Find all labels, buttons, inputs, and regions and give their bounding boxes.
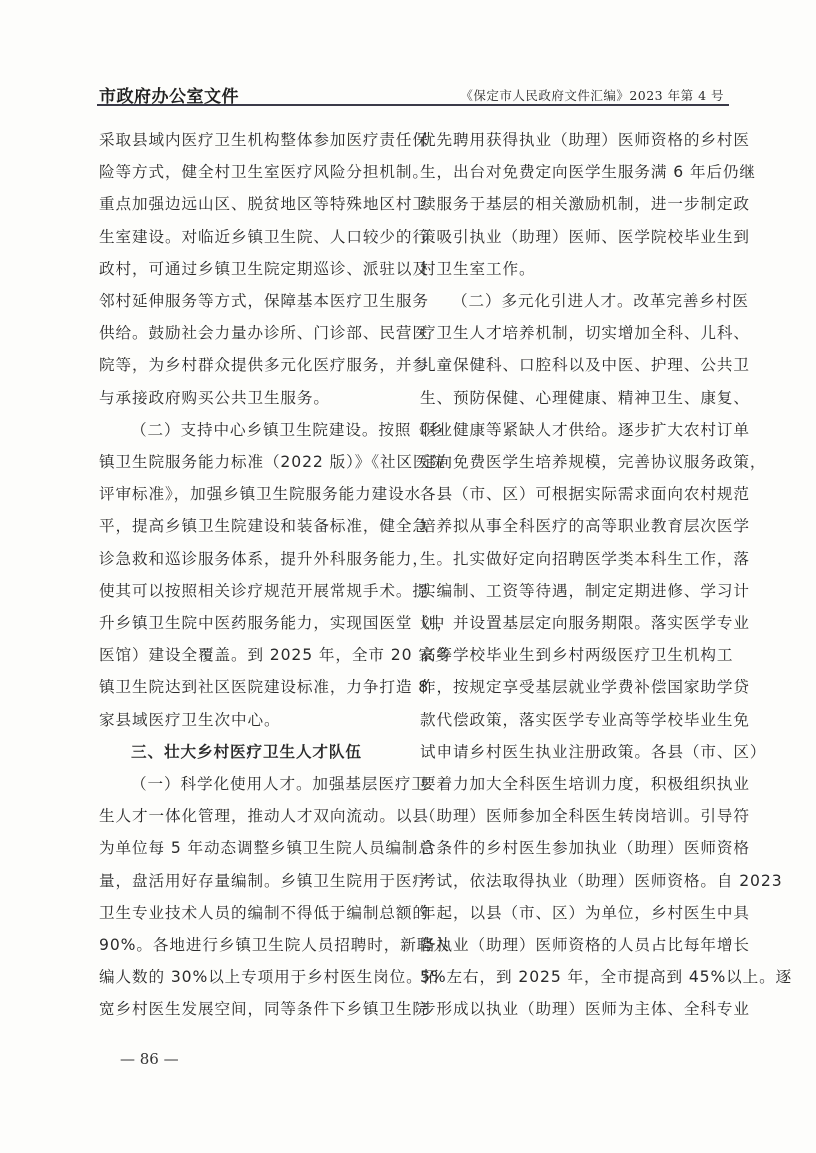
text-line: 量，盘活用好存量编制。乡镇卫生院用于医疗 — [99, 865, 393, 897]
publication-issue: 《保定市人民政府文件汇编》2023 年第 4 号 — [460, 86, 724, 104]
text-line: 划，并设置基层定向服务期限。落实医学专业 — [420, 607, 727, 639]
text-line: 升乡镇卫生院中医药服务能力，实现国医堂（中 — [99, 607, 393, 639]
text-line: （二）支持中心乡镇卫生院建设。按照《乡 — [99, 414, 393, 446]
text-line: 重点加强边远山区、脱贫地区等特殊地区村卫 — [99, 188, 393, 220]
text-line: 作，按规定享受基层就业学费补偿国家助学贷 — [420, 671, 727, 703]
text-line: （助理）医师参加全科医生转岗培训。引导符 — [420, 800, 727, 832]
text-line: 5%左右，到 2025 年，全市提高到 45%以上。逐 — [420, 961, 727, 993]
text-line: 险等方式，健全村卫生室医疗风险分担机制。 — [99, 156, 393, 188]
section-heading: 三、壮大乡村医疗卫生人才队伍 — [99, 736, 393, 768]
text-line: 培养拟从事全科医疗的高等职业教育层次医学 — [420, 510, 727, 542]
text-line: 职业健康等紧缺人才供给。逐步扩大农村订单 — [420, 414, 727, 446]
text-line: 为单位每 5 年动态调整乡镇卫生院人员编制总 — [99, 832, 393, 864]
text-line: 村卫生室工作。 — [420, 253, 727, 285]
text-line: 定向免费医学生培养规模，完善协议服务政策， — [420, 446, 727, 478]
text-line: 生室建设。对临近乡镇卫生院、人口较少的行 — [99, 221, 393, 253]
text-line: 生人才一体化管理，推动人才双向流动。以县 — [99, 800, 393, 832]
text-line: 实编制、工资等待遇，制定定期进修、学习计 — [420, 575, 727, 607]
text-line: 续服务于基层的相关激励机制，进一步制定政 — [420, 188, 727, 220]
text-line: 疗卫生人才培养机制，切实增加全科、儿科、 — [420, 317, 727, 349]
text-line: 款代偿政策，落实医学专业高等学校毕业生免 — [420, 704, 727, 736]
text-line: 90%。各地进行乡镇卫生院人员招聘时，新聘入 — [99, 929, 393, 961]
text-line: 采取县域内医疗卫生机构整体参加医疗责任保 — [99, 124, 393, 156]
text-line: （二）多元化引进人才。改革完善乡村医 — [420, 285, 727, 317]
text-line: 要着力加大全科医生培训力度，积极组织执业 — [420, 768, 727, 800]
text-line: （一）科学化使用人才。加强基层医疗卫 — [99, 768, 393, 800]
right-text-column: 优先聘用获得执业（助理）医师资格的乡村医生，出台对免费定向医学生服务满 6 年后… — [420, 124, 727, 1026]
text-line: 合条件的乡村医生参加执业（助理）医师资格 — [420, 832, 727, 864]
text-line: 各县（市、区）可根据实际需求面向农村规范 — [420, 478, 727, 510]
text-line: 高等学校毕业生到乡村两级医疗卫生机构工 — [420, 639, 727, 671]
text-line: 平，提高乡镇卫生院建设和装备标准，健全急 — [99, 510, 393, 542]
text-line: 医馆）建设全覆盖。到 2025 年，全市 20 家乡 — [99, 639, 393, 671]
text-line: 镇卫生院达到社区医院建设标准，力争打造 8 — [99, 671, 393, 703]
text-line: 院等，为乡村群众提供多元化医疗服务，并参 — [99, 349, 393, 381]
text-line: 试申请乡村医生执业注册政策。各县（市、区） — [420, 736, 727, 768]
text-line: 宽乡村医生发展空间，同等条件下乡镇卫生院 — [99, 993, 393, 1025]
text-line: 编人数的 30%以上专项用于乡村医生岗位。拓 — [99, 961, 393, 993]
text-line: 家县域医疗卫生次中心。 — [99, 704, 393, 736]
page-number: — 86 — — [120, 1050, 179, 1068]
text-line: 评审标准》，加强乡镇卫生院服务能力建设水 — [99, 478, 393, 510]
text-line: 策吸引执业（助理）医师、医学院校毕业生到 — [420, 221, 727, 253]
header-divider — [97, 104, 729, 106]
text-line: 儿童保健科、口腔科以及中医、护理、公共卫 — [420, 349, 727, 381]
text-line: 邻村延伸服务等方式，保障基本医疗卫生服务 — [99, 285, 393, 317]
text-line: 生，出台对免费定向医学生服务满 6 年后仍继 — [420, 156, 727, 188]
left-text-column: 采取县域内医疗卫生机构整体参加医疗责任保险等方式，健全村卫生室医疗风险分担机制。… — [99, 124, 393, 1026]
text-line: 备执业（助理）医师资格的人员占比每年增长 — [420, 929, 727, 961]
text-line: 诊急救和巡诊服务体系，提升外科服务能力， — [99, 543, 393, 575]
text-line: 步形成以执业（助理）医师为主体、全科专业 — [420, 993, 727, 1025]
text-line: 政村，可通过乡镇卫生院定期巡诊、派驻以及 — [99, 253, 393, 285]
text-line: 供给。鼓励社会力量办诊所、门诊部、民营医 — [99, 317, 393, 349]
text-line: 年起，以县（市、区）为单位，乡村医生中具 — [420, 897, 727, 929]
text-line: 优先聘用获得执业（助理）医师资格的乡村医 — [420, 124, 727, 156]
text-line: 生。扎实做好定向招聘医学类本科生工作，落 — [420, 543, 727, 575]
text-line: 卫生专业技术人员的编制不得低于编制总额的 — [99, 897, 393, 929]
text-line: 生、预防保健、心理健康、精神卫生、康复、 — [420, 382, 727, 414]
text-line: 与承接政府购买公共卫生服务。 — [99, 382, 393, 414]
text-line: 使其可以按照相关诊疗规范开展常规手术。提 — [99, 575, 393, 607]
text-line: 镇卫生院服务能力标准（2022 版）》《社区医院 — [99, 446, 393, 478]
text-line: 考试，依法取得执业（助理）医师资格。自 2023 — [420, 865, 727, 897]
